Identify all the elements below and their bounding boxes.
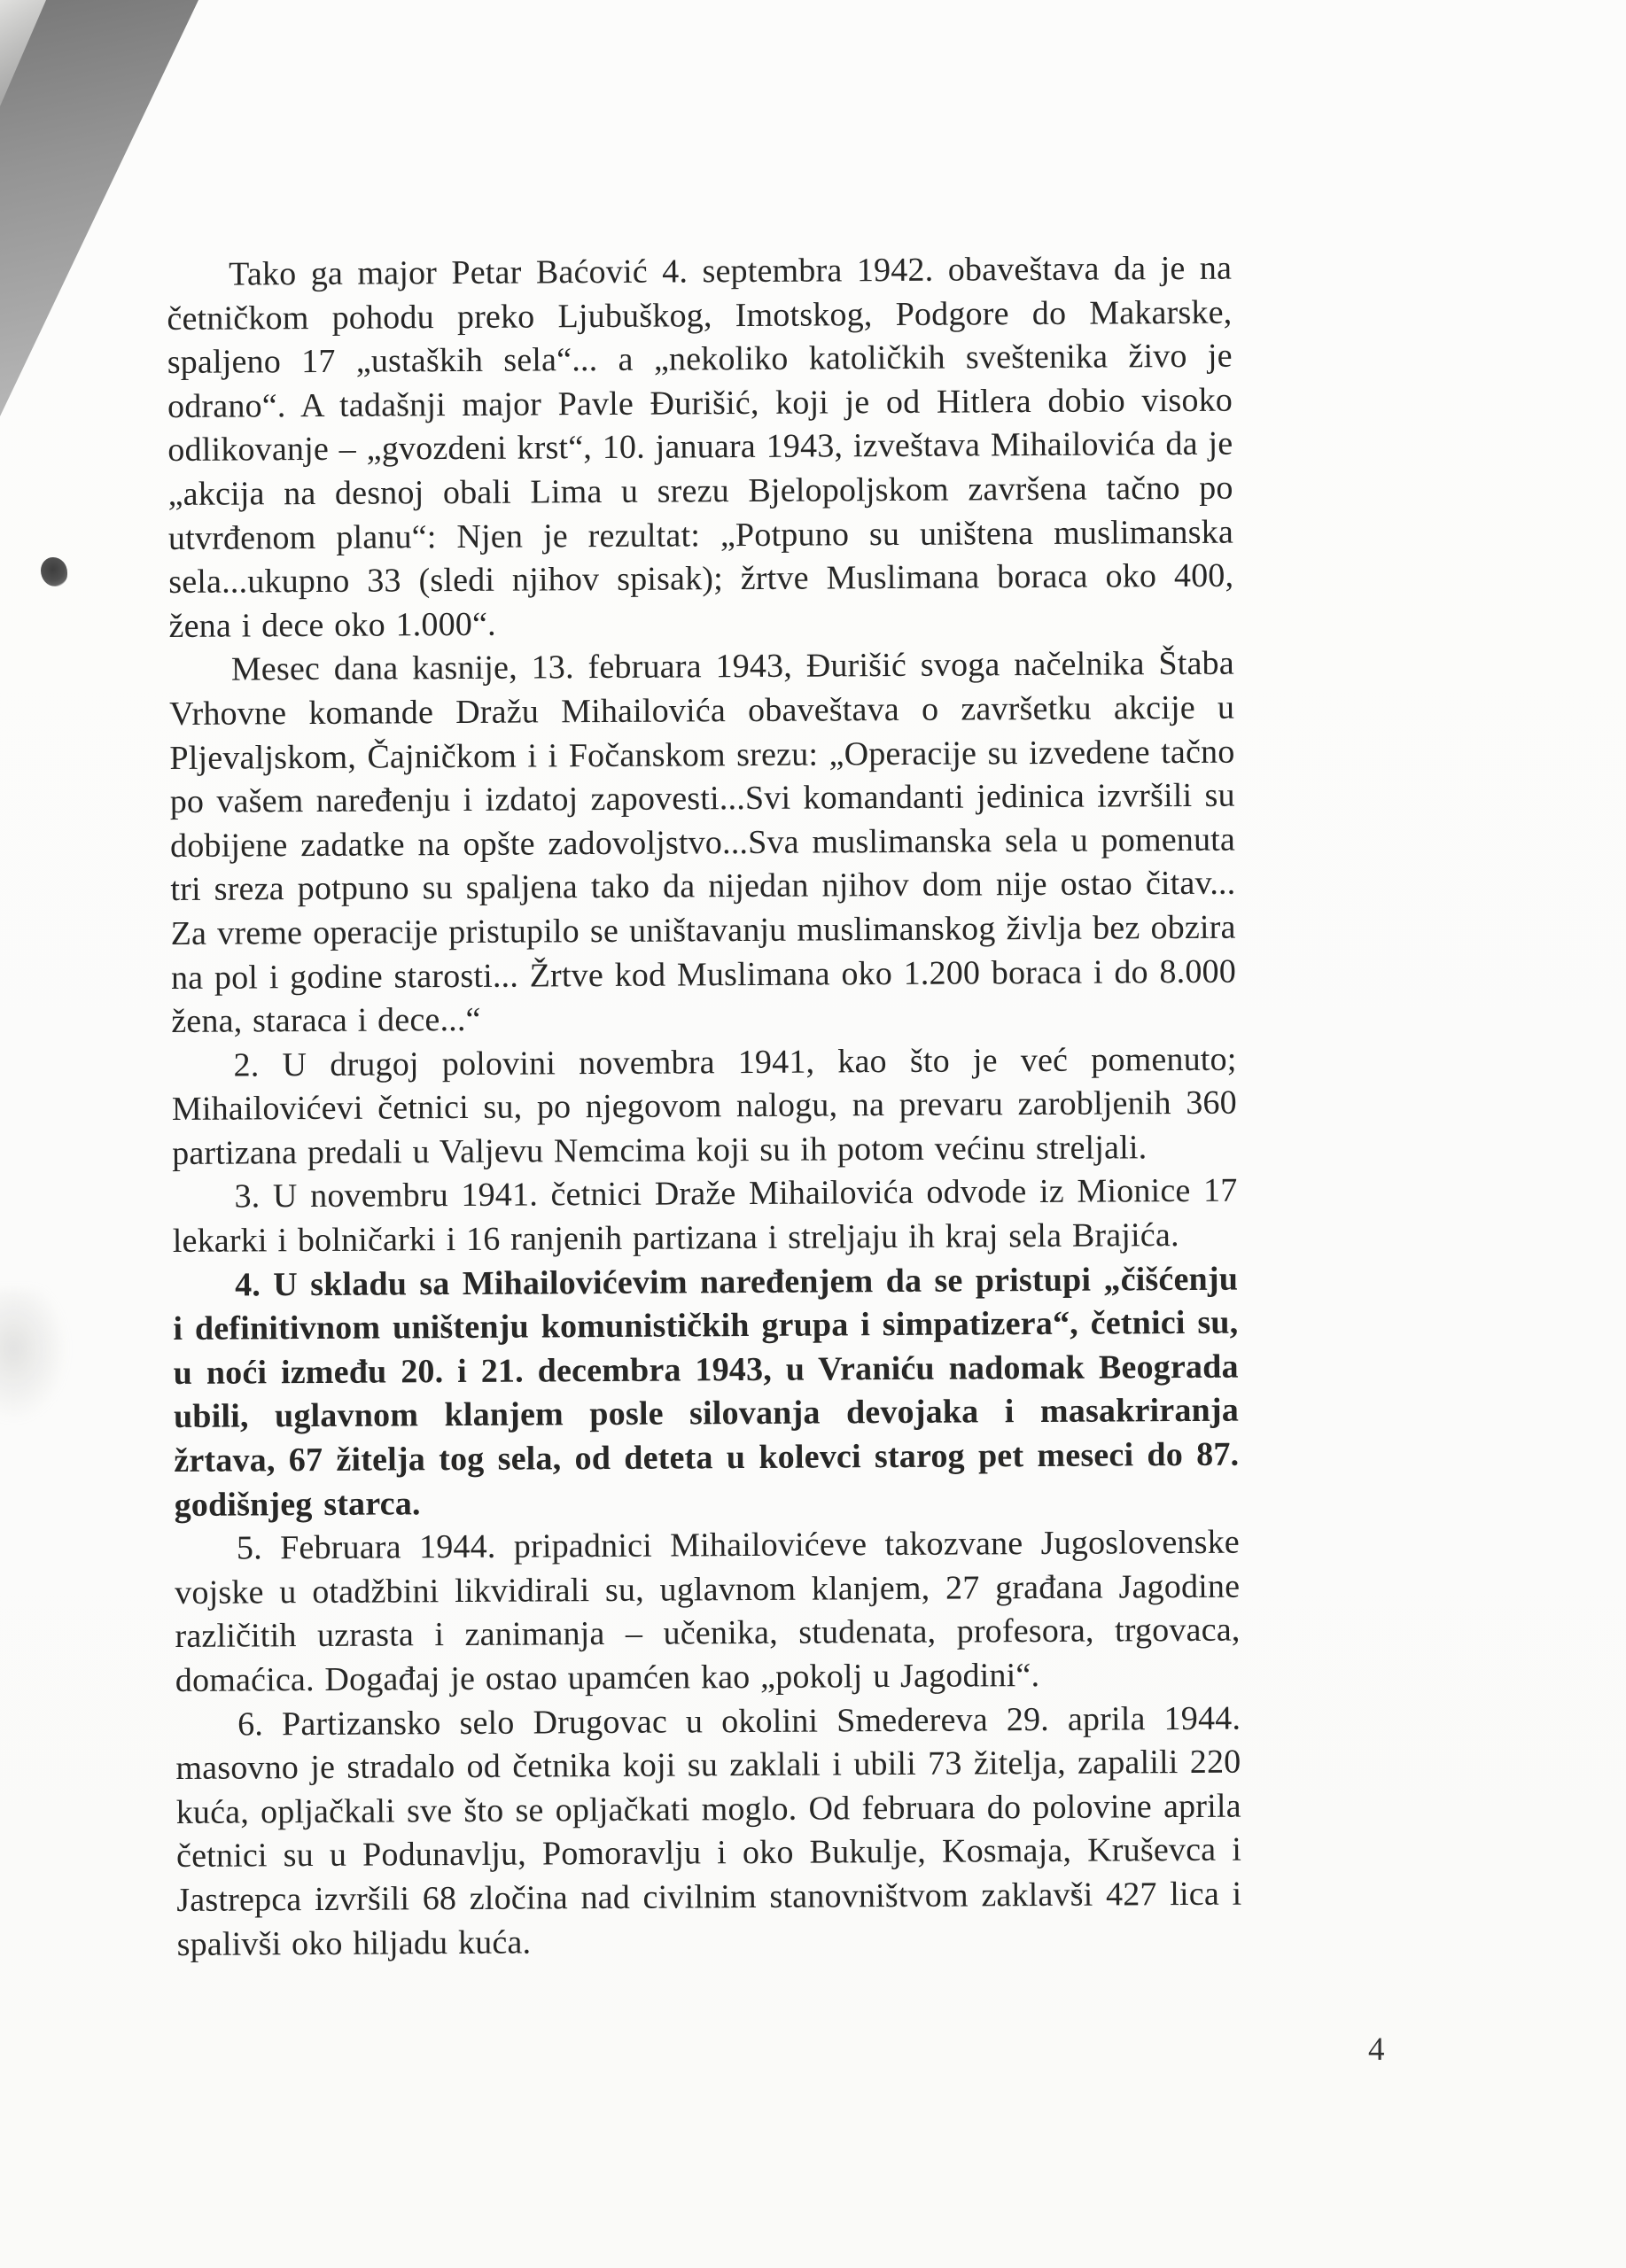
- paragraph-2: Mesec dana kasnije, 13. februara 1943, Đ…: [169, 642, 1237, 1045]
- paragraph-5-bold: 4. U skladu sa Mihailovićevim naređenjem…: [173, 1257, 1240, 1527]
- scanned-page: Tako ga major Petar Baćović 4. septembra…: [0, 0, 1626, 2268]
- stray-pen-mark-artifact: ˋ: [1070, 1885, 1079, 1919]
- ink-blot-artifact: [41, 557, 67, 586]
- paragraph-1: Tako ga major Petar Baćović 4. septembra…: [167, 247, 1234, 649]
- paragraph-4: 3. U novembru 1941. četnici Draže Mihail…: [172, 1169, 1238, 1264]
- scan-smudge-artifact: [0, 1289, 68, 1422]
- paragraph-7: 6. Partizansko selo Drugovac u okolini S…: [175, 1697, 1242, 1967]
- page-number: 4: [1368, 2031, 1385, 2069]
- paragraph-6: 5. Februara 1944. pripadnici Mihailoviće…: [175, 1521, 1241, 1704]
- document-body: Tako ga major Petar Baćović 4. septembra…: [167, 247, 1242, 1967]
- paragraph-3: 2. U drugoj polovini novembra 1941, kao …: [171, 1037, 1237, 1176]
